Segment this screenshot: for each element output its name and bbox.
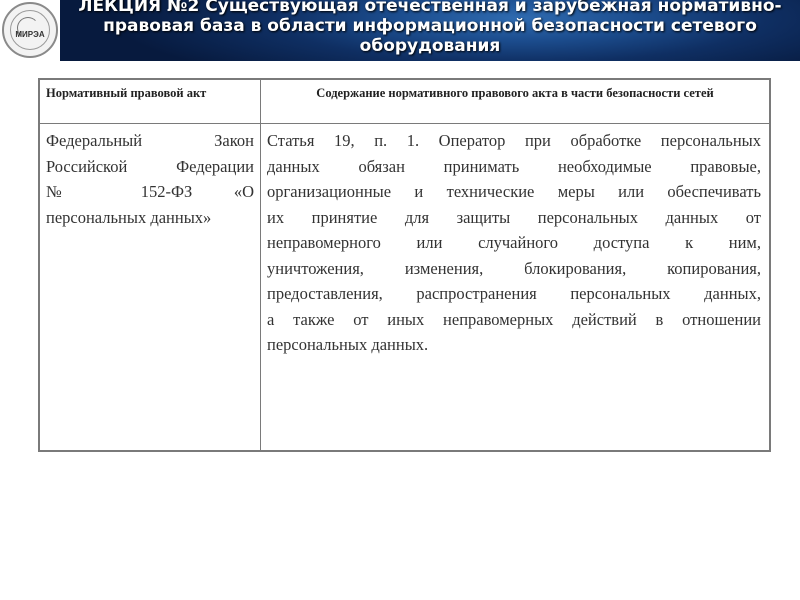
act-line: Российской Федерации <box>46 154 254 180</box>
content-cell: Статья 19, п. 1. Оператор при обработке … <box>261 124 771 452</box>
content-line: уничтожения, изменения, блокирования, ко… <box>267 256 761 282</box>
title-banner: ЛЕКЦИЯ №2 Существующая отечественная и з… <box>60 0 800 61</box>
university-logo: МИРЭА <box>2 2 58 58</box>
content-line: Статья 19, п. 1. Оператор при обработке … <box>267 128 761 154</box>
act-line: Федеральный Закон <box>46 128 254 154</box>
logo-text: МИРЭА <box>15 30 44 39</box>
university-seal-icon: МИРЭА <box>10 10 50 50</box>
content-line: их принятие для защиты персональных данн… <box>267 205 761 231</box>
content-line: персональных данных. <box>267 332 761 358</box>
act-line: № 152-ФЗ «О <box>46 179 254 205</box>
table-header-row: Нормативный правовой акт Содержание норм… <box>39 79 770 124</box>
act-cell: Федеральный Закон Российской Федерации №… <box>39 124 261 452</box>
slide-title: ЛЕКЦИЯ №2 Существующая отечественная и з… <box>60 0 800 56</box>
table-row: Федеральный Закон Российской Федерации №… <box>39 124 770 452</box>
content-line: предоставления, распространения персонал… <box>267 281 761 307</box>
column-header-content: Содержание нормативного правового акта в… <box>261 79 771 124</box>
content-line: организационные и технические меры или о… <box>267 179 761 205</box>
legal-acts-table: Нормативный правовой акт Содержание норм… <box>38 78 771 452</box>
column-header-act: Нормативный правовой акт <box>39 79 261 124</box>
act-line: персональных данных» <box>46 205 254 231</box>
content-line: неправомерного или случайного доступа к … <box>267 230 761 256</box>
content-line: а также от иных неправомерных действий в… <box>267 307 761 333</box>
content-line: данных обязан принимать необходимые прав… <box>267 154 761 180</box>
